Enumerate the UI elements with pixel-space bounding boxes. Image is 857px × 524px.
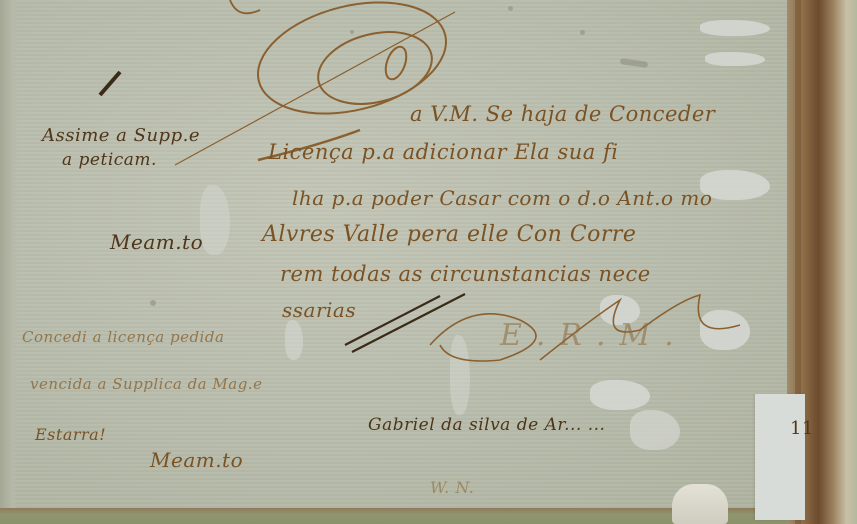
body-line-4: Alvres Valle pera elle Con Corre	[262, 222, 636, 247]
flourish-initials: E.R.M.	[500, 318, 688, 353]
margin-note-4: Estarra!	[35, 425, 106, 444]
paper-damage	[705, 52, 765, 66]
paper-damage	[700, 310, 750, 350]
paper-damage	[285, 320, 303, 360]
body-line-2: Licença p.a adicionar Ela sua fi	[268, 140, 618, 164]
paper-damage	[700, 20, 770, 36]
ink-spot	[150, 300, 156, 306]
margin-note-3-line1: Concedi a licença pedida	[22, 328, 224, 346]
margin-signature-1: Meam.to	[110, 230, 203, 254]
holding-thumb	[672, 484, 728, 524]
body-line-1: a V.M. Se haja de Conceder	[410, 102, 715, 126]
body-line-6: ssarias	[282, 298, 356, 322]
notary-signature: Gabriel da silva de Ar... ...	[368, 415, 605, 435]
margin-note-3-line2: vencida a Supplica da Mag.e	[30, 375, 262, 393]
binding-gutter	[0, 0, 18, 524]
margin-signature-2: Meam.to	[150, 448, 243, 472]
bottom-fragment: W. N.	[430, 478, 474, 497]
paper-damage	[590, 380, 650, 410]
margin-note-1-line1: Assime a Supp.e	[42, 125, 200, 146]
body-line-5: rem todas as circunstancias nece	[280, 262, 651, 286]
ink-spot	[350, 30, 354, 34]
body-line-3: lha p.a poder Casar com o d.o Ant.o mo	[292, 186, 712, 210]
next-page-tab	[755, 394, 805, 520]
ink-spot	[508, 6, 513, 11]
folio-number: 11	[790, 418, 814, 439]
paper-damage	[630, 410, 680, 450]
paper-sheet	[0, 0, 800, 513]
page-bottom-edge	[0, 508, 857, 524]
ink-spot	[580, 30, 585, 35]
manuscript-photo: Assime a Supp.e a peticam. Meam.to Conce…	[0, 0, 857, 524]
margin-note-1-line2: a peticam.	[62, 150, 157, 170]
